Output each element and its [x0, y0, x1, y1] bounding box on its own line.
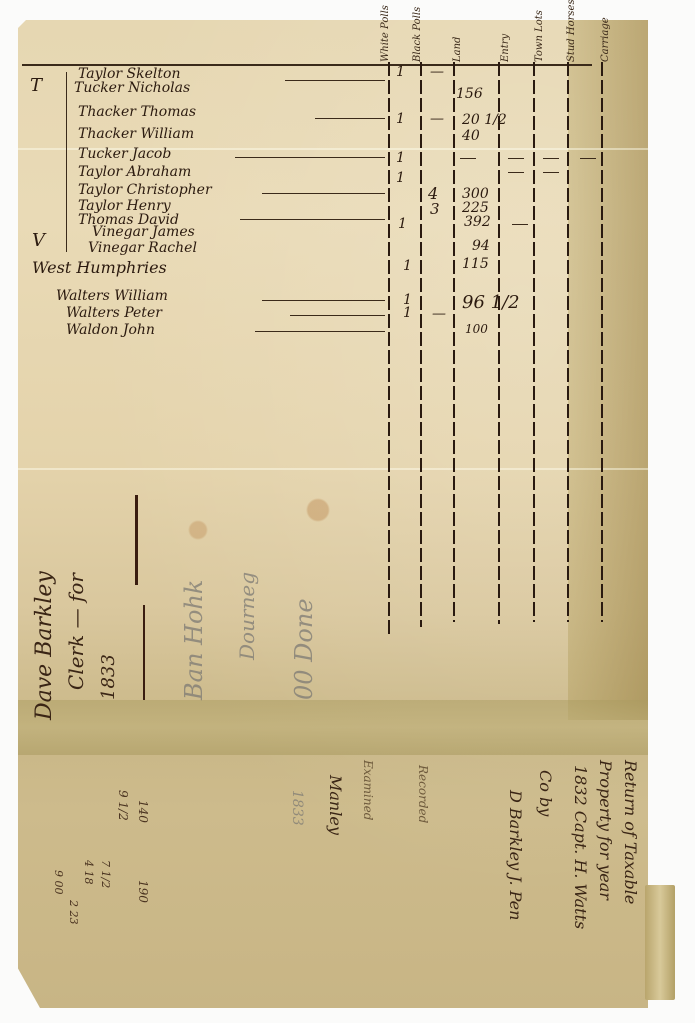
docket-line-2: Property for year	[596, 760, 615, 900]
land-value: 20 1/2	[462, 112, 507, 128]
column-rule	[420, 62, 422, 627]
leader-line	[240, 219, 385, 220]
empty-mark	[512, 224, 528, 225]
land-value: 392	[464, 214, 491, 230]
leader-line	[235, 157, 385, 158]
empty-mark	[508, 158, 524, 159]
land-value: 40	[462, 128, 480, 144]
docket-line-1: Return of Taxable	[621, 760, 640, 904]
black-polls-value: —	[430, 111, 444, 127]
column-header-stud-horses: Stud Horses	[566, 0, 577, 62]
land-value: 94	[472, 238, 490, 254]
ink-stroke	[143, 605, 145, 700]
row-name: Vinegar James	[92, 224, 195, 240]
column-rule	[601, 62, 603, 622]
fold-line	[18, 468, 648, 470]
column-header-carriage: Carriage	[600, 17, 611, 62]
row-name: Walters Peter	[66, 305, 162, 321]
land-value: 100	[465, 322, 488, 336]
land-value: 156	[456, 86, 483, 102]
figure: 2 23	[67, 900, 80, 925]
white-polls-value: 1	[403, 305, 412, 321]
row-name: Waldon John	[66, 322, 155, 338]
row-name: Walters William	[56, 288, 168, 304]
ink-stroke	[135, 495, 138, 585]
row-name: West Humphries	[32, 258, 167, 277]
section-letter-t: T	[30, 75, 42, 96]
leader-line	[315, 118, 385, 119]
column-rule	[388, 62, 390, 637]
row-name: Taylor Abraham	[78, 164, 191, 180]
column-rule	[498, 62, 500, 624]
tape-band	[18, 700, 648, 755]
black-polls-value: 3	[430, 200, 440, 218]
docket-examined: Examined	[361, 760, 375, 820]
land-value: 115	[462, 256, 489, 272]
pencil-note: Ban Hohk	[180, 580, 208, 700]
empty-mark	[508, 172, 524, 173]
tick-column	[66, 72, 67, 252]
empty-mark	[580, 158, 596, 159]
white-polls-value: 1	[403, 258, 412, 274]
pencil-year: 1833	[289, 790, 305, 826]
white-polls-value: 1	[398, 216, 407, 232]
black-polls-value: —	[430, 64, 444, 80]
column-rule	[567, 62, 569, 622]
empty-mark	[543, 172, 559, 173]
docket-left-clerk: Clerk — for	[64, 573, 88, 690]
figure: 190	[136, 880, 150, 903]
column-header-black-polls: Black Polls	[412, 7, 423, 62]
pencil-note: 00 Done	[290, 598, 318, 700]
docket-left-year: 1833	[98, 654, 119, 700]
empty-mark	[543, 158, 559, 159]
docket-left-name: Dave Barkley	[32, 571, 57, 720]
column-header-entry: Entry	[500, 34, 511, 62]
row-name: Thacker Thomas	[78, 104, 196, 120]
white-polls-value: 1	[396, 150, 405, 166]
row-name: Thacker William	[78, 126, 194, 142]
leader-line	[255, 331, 385, 332]
pencil-note: Dourneg	[235, 572, 259, 660]
docket-line-3: 1832 Capt. H. Watts	[571, 765, 590, 929]
white-polls-value: 1	[396, 170, 405, 186]
leader-line	[262, 193, 385, 194]
column-header-white-polls: White Polls	[380, 5, 391, 62]
docket-line-4: Co by	[536, 770, 555, 816]
white-polls-value: 1	[396, 64, 405, 80]
torn-seal-tab	[645, 885, 675, 1000]
figure: 140	[136, 800, 150, 823]
column-header-town-lots: Town Lots	[534, 10, 545, 62]
docket-recorded: Recorded	[416, 765, 430, 823]
docket-signature: Manley	[326, 775, 345, 835]
figure: 4 18	[82, 860, 95, 885]
row-name: Tucker Nicholas	[74, 80, 190, 96]
section-letter-v: V	[32, 230, 45, 251]
column-rule	[453, 62, 455, 622]
land-value: 96 1/2	[462, 292, 520, 313]
row-name: Vinegar Rachel	[88, 240, 197, 256]
leader-line	[290, 315, 385, 316]
leader-line	[262, 300, 385, 301]
leader-line	[285, 80, 385, 81]
row-name: Tucker Jacob	[78, 146, 171, 162]
figure: 9 1/2	[116, 790, 130, 821]
column-rule	[533, 62, 535, 622]
figure: 7 1/2	[99, 860, 112, 888]
white-polls-value: 1	[396, 111, 405, 127]
black-polls-value: —	[432, 306, 446, 322]
figure: 9 00	[52, 870, 65, 895]
empty-mark	[460, 158, 476, 159]
tape-strip-right	[568, 20, 648, 720]
column-header-land: Land	[452, 37, 463, 62]
docket-line-5: D Barkley J. Pen	[506, 790, 525, 920]
row-name: Taylor Christopher	[78, 182, 212, 198]
